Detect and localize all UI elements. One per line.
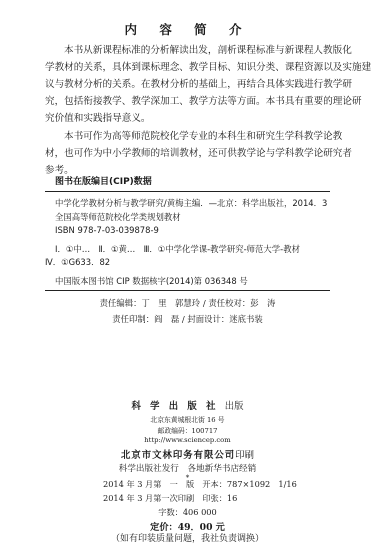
- summary-line: 究，包括衔接教学、教学深加工、教学方法等方面。本书具有重要的理论研: [45, 93, 333, 110]
- publisher-address: 北京东黄城根北街 16 号: [0, 414, 375, 424]
- publisher-postal-code: 邮政编码：100717: [0, 425, 375, 435]
- summary-line: 究价值和实践指导意义。: [45, 110, 333, 127]
- quality-note: （如有印装质量问题，我社负责调换）: [0, 531, 375, 544]
- cip-series-line: 全国高等师范院校化学类规划教材: [55, 211, 181, 223]
- summary-line: 本书从新课程标准的分析解读出发，剖析课程标准与新课程人教版化: [45, 42, 333, 59]
- summary-title: 内 容 简 介: [0, 20, 375, 38]
- publisher-name: 科 学 出 版 社: [132, 401, 219, 412]
- cip-heading: 图书在版编目(CIP)数据: [55, 174, 152, 187]
- cip-record-number: 中国版本图书馆 CIP 数据核字(2014)第 036348 号: [55, 275, 248, 287]
- cip-classification-1: Ⅰ．①中… Ⅱ．①黄… Ⅲ．①中学化学课-教学研究-师范大学-教材: [55, 243, 300, 255]
- cip-bottom-divider: [45, 290, 330, 291]
- printer-suffix: 印刷: [235, 450, 254, 461]
- printer-line: 北京市文林印务有限公司印刷: [0, 447, 375, 461]
- summary-paragraph-2: 本书可作为高等师范院校化学专业的本科生和研究生学科教学论教 材，也可作为中小学教…: [45, 128, 333, 179]
- cip-isbn: ISBN 978-7-03-039878-9: [55, 225, 159, 235]
- cip-classification-2: Ⅳ．①G633．82: [45, 256, 110, 268]
- publisher-line: 科 学 出 版 社 出版: [0, 398, 375, 412]
- staff-production: 责任印制：阎 磊 / 封面设计：迷底书装: [0, 313, 375, 325]
- edition-line: 2014 年 3 月第 一 版 开本：787×1092 1/16: [103, 479, 297, 490]
- word-count: 字数：406 000: [0, 507, 375, 518]
- summary-paragraph-1: 本书从新课程标准的分析解读出发，剖析课程标准与新课程人教版化 学教材的关系，具体…: [45, 42, 333, 127]
- cip-title-line: 中学化学教材分析与教学研究/黄梅主编．—北京：科学出版社，2014．3: [55, 197, 327, 209]
- summary-line: 材，也可作为中小学教师的培训教材，还可供教学论与学科教学论研究者: [45, 145, 333, 162]
- publisher-suffix: 出版: [225, 401, 244, 412]
- printer-name: 北京市文林印务有限公司: [121, 450, 235, 461]
- staff-editors: 责任编辑：丁 里 郭慧玲 / 责任校对：彭 涛: [0, 297, 375, 309]
- distribution-line: 科学出版社发行 各地新华书店经销: [0, 462, 375, 474]
- summary-line: 议与教材分析的关系。在教材分析的基础上，再结合具体实践进行教学研: [45, 76, 333, 93]
- publisher-website: http://www.sciencep.com: [0, 436, 375, 444]
- summary-line: 本书可作为高等师范院校化学专业的本科生和研究生学科教学论教: [45, 128, 333, 145]
- cip-top-divider: [45, 191, 330, 192]
- summary-line: 学教材的关系，具体到课标理念、教学目标、知识分类、课程资源以及实施建: [45, 59, 333, 76]
- printing-line: 2014 年 3 月第一次印刷 印张：16: [103, 493, 237, 504]
